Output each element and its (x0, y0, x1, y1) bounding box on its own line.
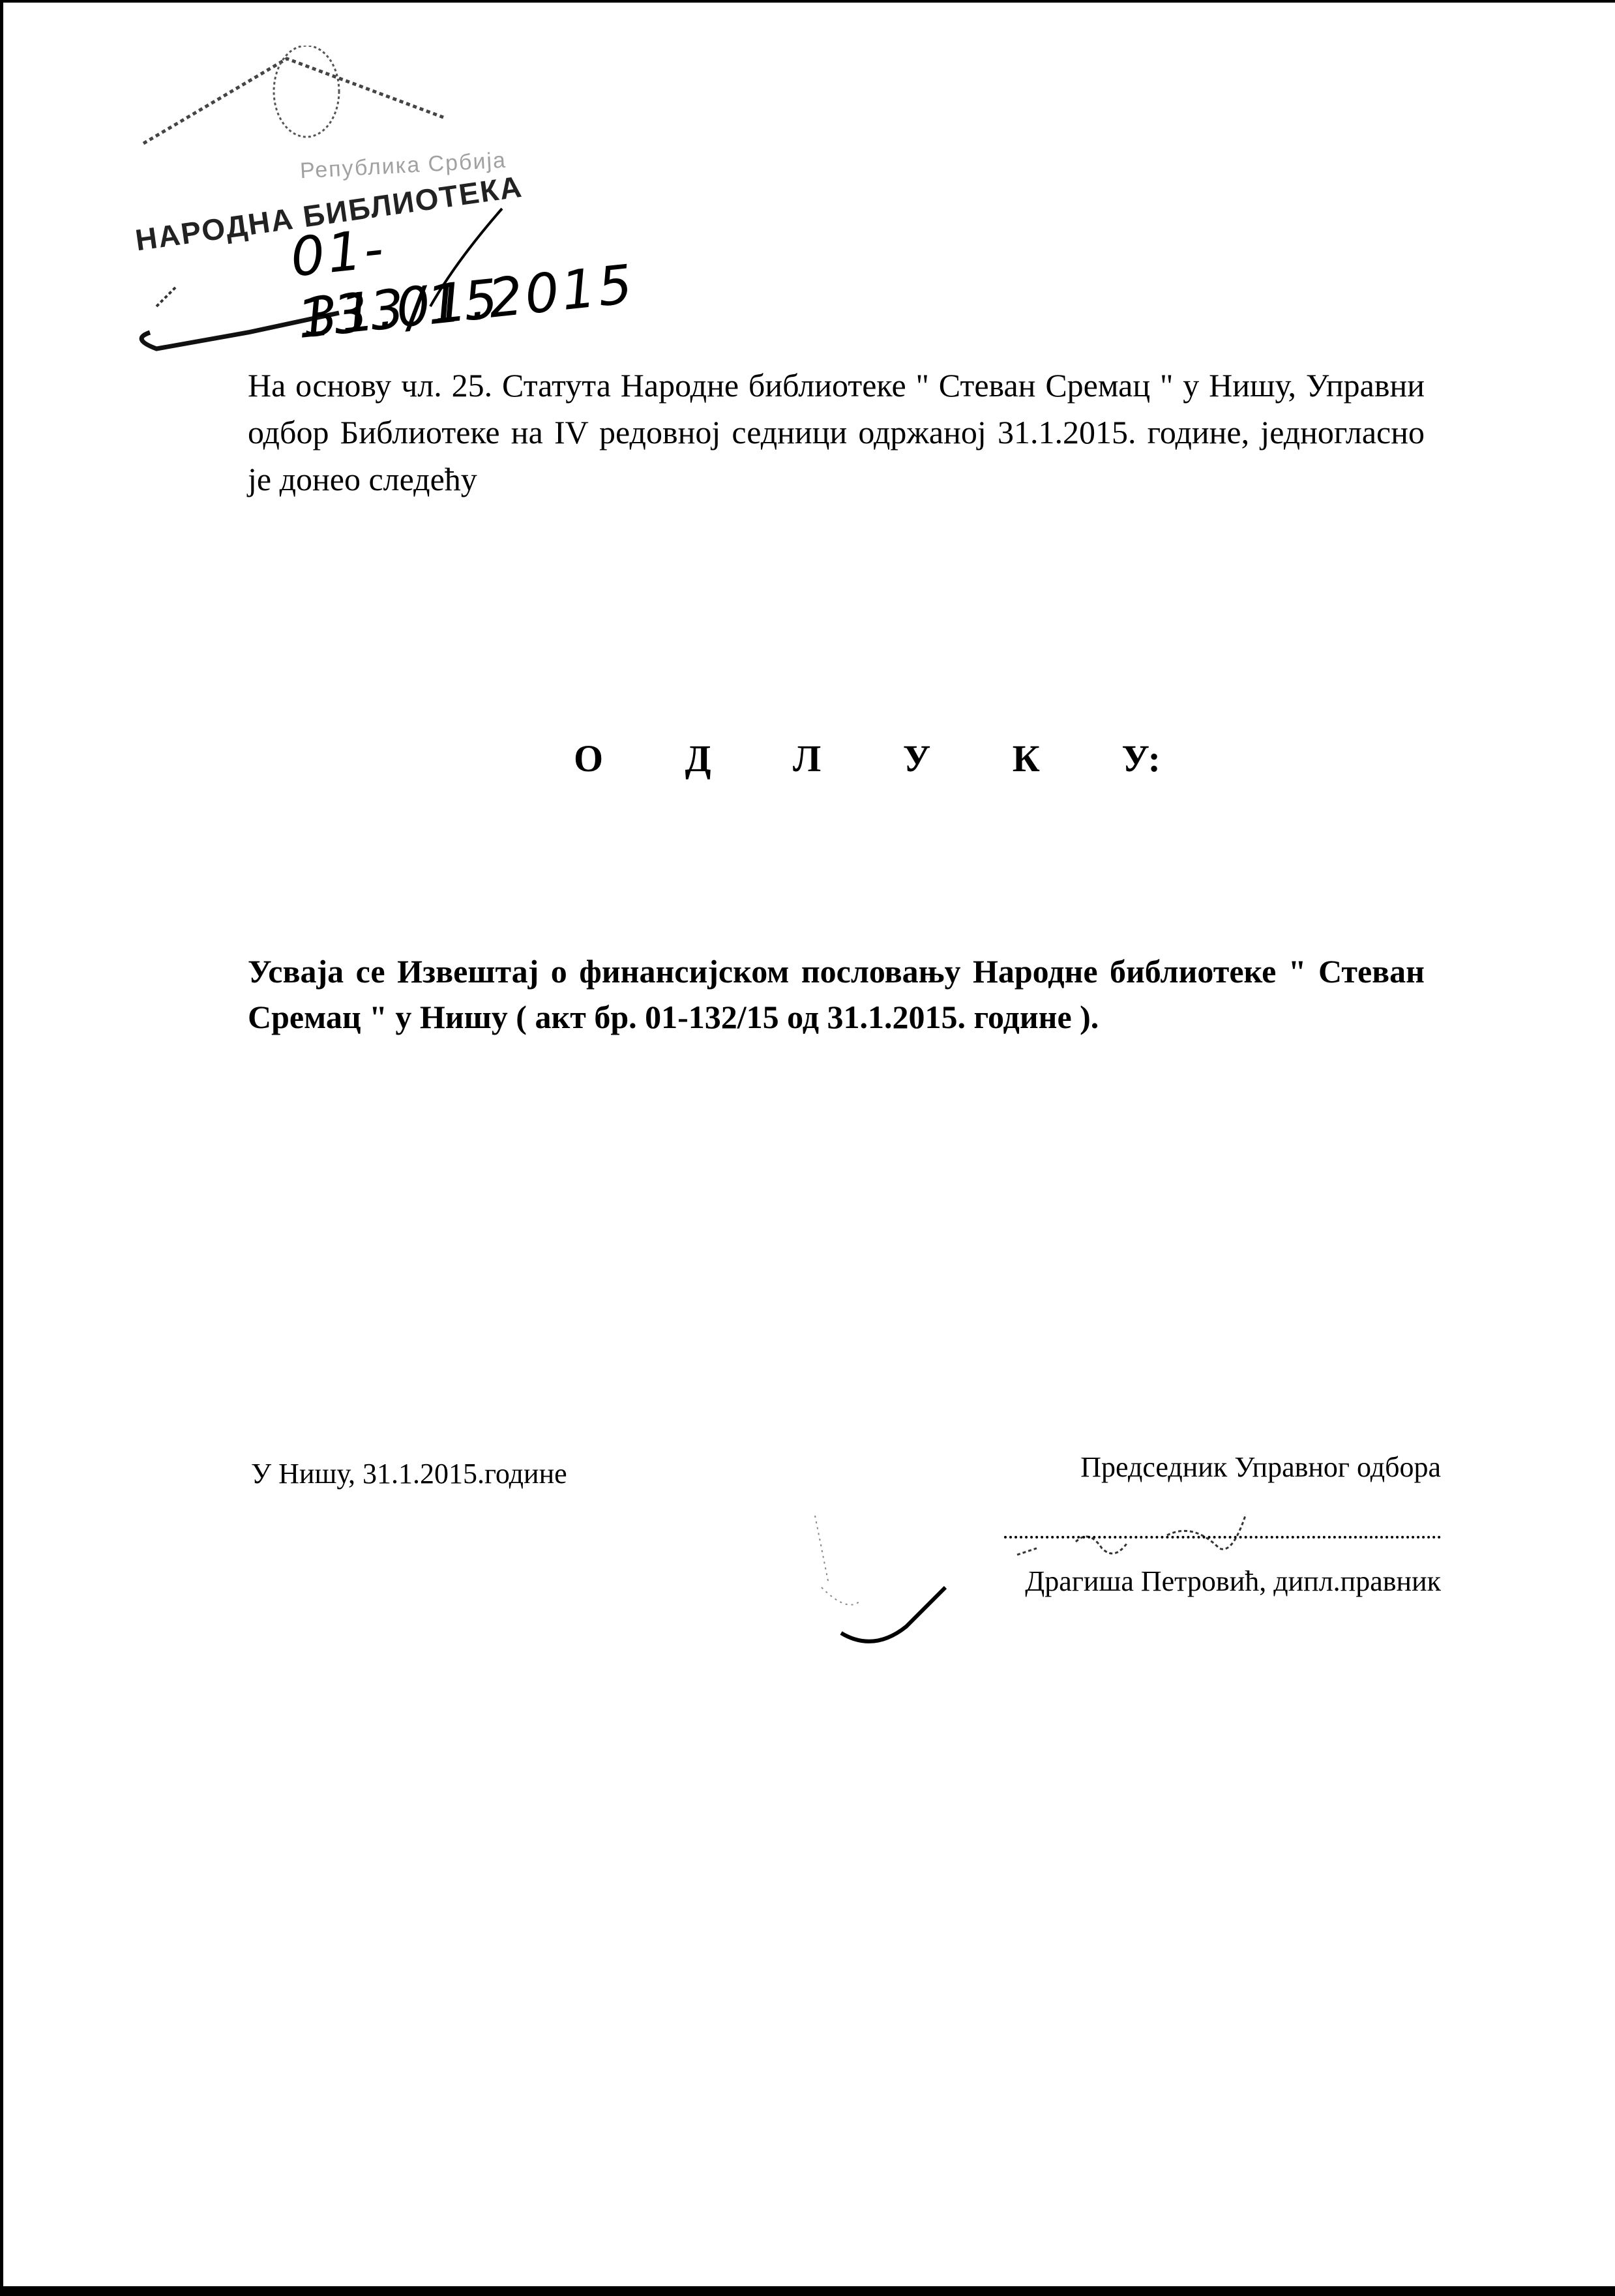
title-letter: Д (685, 737, 711, 780)
place-and-date: У Нишу, 31.1.2015.године (251, 1457, 567, 1490)
scan-edge-bottom (0, 2286, 1615, 2296)
document-title: О Д Л У К У: (574, 737, 1161, 780)
scan-edge-left (0, 0, 3, 2296)
signatory-title: Председник Управног одбора (985, 1450, 1441, 1484)
signature-line (1004, 1536, 1441, 1538)
signatory-name: Драгиша Петровић, дипл.правник (985, 1565, 1441, 1598)
title-letter: О (574, 737, 603, 780)
title-letter: К (1013, 737, 1040, 780)
registry-stamp: Република Србија НАРОДНА БИБЛИОТЕКА 01-1… (117, 46, 587, 372)
title-letter: У: (1121, 737, 1161, 780)
scan-edge-top (0, 0, 1615, 3)
decision-text: Усваја се Извештај о финансијском послов… (248, 949, 1425, 1040)
title-letter: У (903, 737, 931, 780)
title-letter: Л (793, 737, 821, 780)
preamble-text: На основу чл. 25. Статута Народне библио… (248, 362, 1425, 503)
signature-block: Председник Управног одбора Драгиша Петро… (985, 1450, 1441, 1598)
preamble: На основу чл. 25. Статута Народне библио… (248, 362, 1425, 503)
